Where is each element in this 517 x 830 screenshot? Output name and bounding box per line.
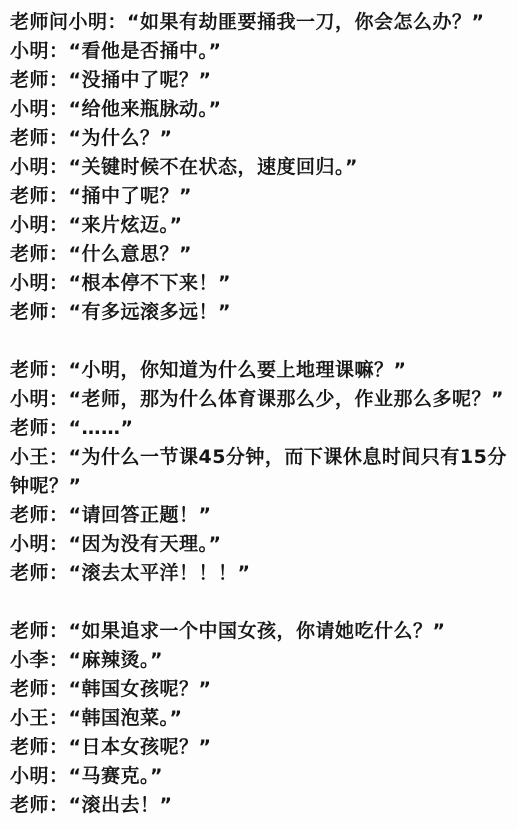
joke-document: 老师问小明：“如果有劫匪要捅我一刀，你会怎么办？”小明：“看他是否捅中。”老师：…: [0, 0, 517, 820]
dialogue-line: 老师：“什么意思？”: [10, 240, 511, 269]
dialogue-sections: 老师问小明：“如果有劫匪要捅我一刀，你会怎么办？”小明：“看他是否捅中。”老师：…: [10, 8, 511, 820]
dialogue-line: 老师：“小明，你知道为什么要上地理课嘛？”: [10, 356, 511, 385]
dialogue-line: 老师：“……”: [10, 414, 511, 443]
dialogue-line: 老师：“捅中了呢？”: [10, 182, 511, 211]
dialogue-line: 老师：“韩国女孩呢？”: [10, 675, 511, 704]
dialogue-line: 老师问小明：“如果有劫匪要捅我一刀，你会怎么办？”: [10, 8, 511, 37]
dialogue-line: 小王：“为什么一节课45分钟，而下课休息时间只有15分钟呢？”: [10, 443, 511, 501]
dialogue-line: 小明：“老师，那为什么体育课那么少，作业那么多呢？”: [10, 385, 511, 414]
dialogue-section: 老师：“小明，你知道为什么要上地理课嘛？”小明：“老师，那为什么体育课那么少，作…: [10, 356, 511, 588]
dialogue-line: 老师：“滚去太平洋！！！”: [10, 559, 511, 588]
dialogue-line: 小明：“关键时候不在状态，速度回归。”: [10, 153, 511, 182]
dialogue-line: 小明：“来片炫迈。”: [10, 211, 511, 240]
dialogue-line: 老师：“没捅中了呢？”: [10, 66, 511, 95]
dialogue-line: 老师：“日本女孩呢？”: [10, 733, 511, 762]
dialogue-line: 老师：“为什么？”: [10, 124, 511, 153]
dialogue-line: 小李：“麻辣烫。”: [10, 646, 511, 675]
dialogue-line: 小明：“给他来瓶脉动。”: [10, 95, 511, 124]
dialogue-line: 小王：“韩国泡菜。”: [10, 704, 511, 733]
dialogue-line: 老师：“如果追求一个中国女孩，你请她吃什么？”: [10, 617, 511, 646]
dialogue-line: 小明：“看他是否捅中。”: [10, 37, 511, 66]
dialogue-line: 老师：“滚出去！”: [10, 791, 511, 820]
dialogue-line: 小明：“根本停不下来！”: [10, 269, 511, 298]
dialogue-line: 小明：“马赛克。”: [10, 762, 511, 791]
dialogue-line: 小明：“因为没有天理。”: [10, 530, 511, 559]
dialogue-line: 老师：“请回答正题！”: [10, 501, 511, 530]
dialogue-section: 老师问小明：“如果有劫匪要捅我一刀，你会怎么办？”小明：“看他是否捅中。”老师：…: [10, 8, 511, 327]
dialogue-line: 老师：“有多远滚多远！”: [10, 298, 511, 327]
dialogue-section: 老师：“如果追求一个中国女孩，你请她吃什么？”小李：“麻辣烫。”老师：“韩国女孩…: [10, 617, 511, 820]
